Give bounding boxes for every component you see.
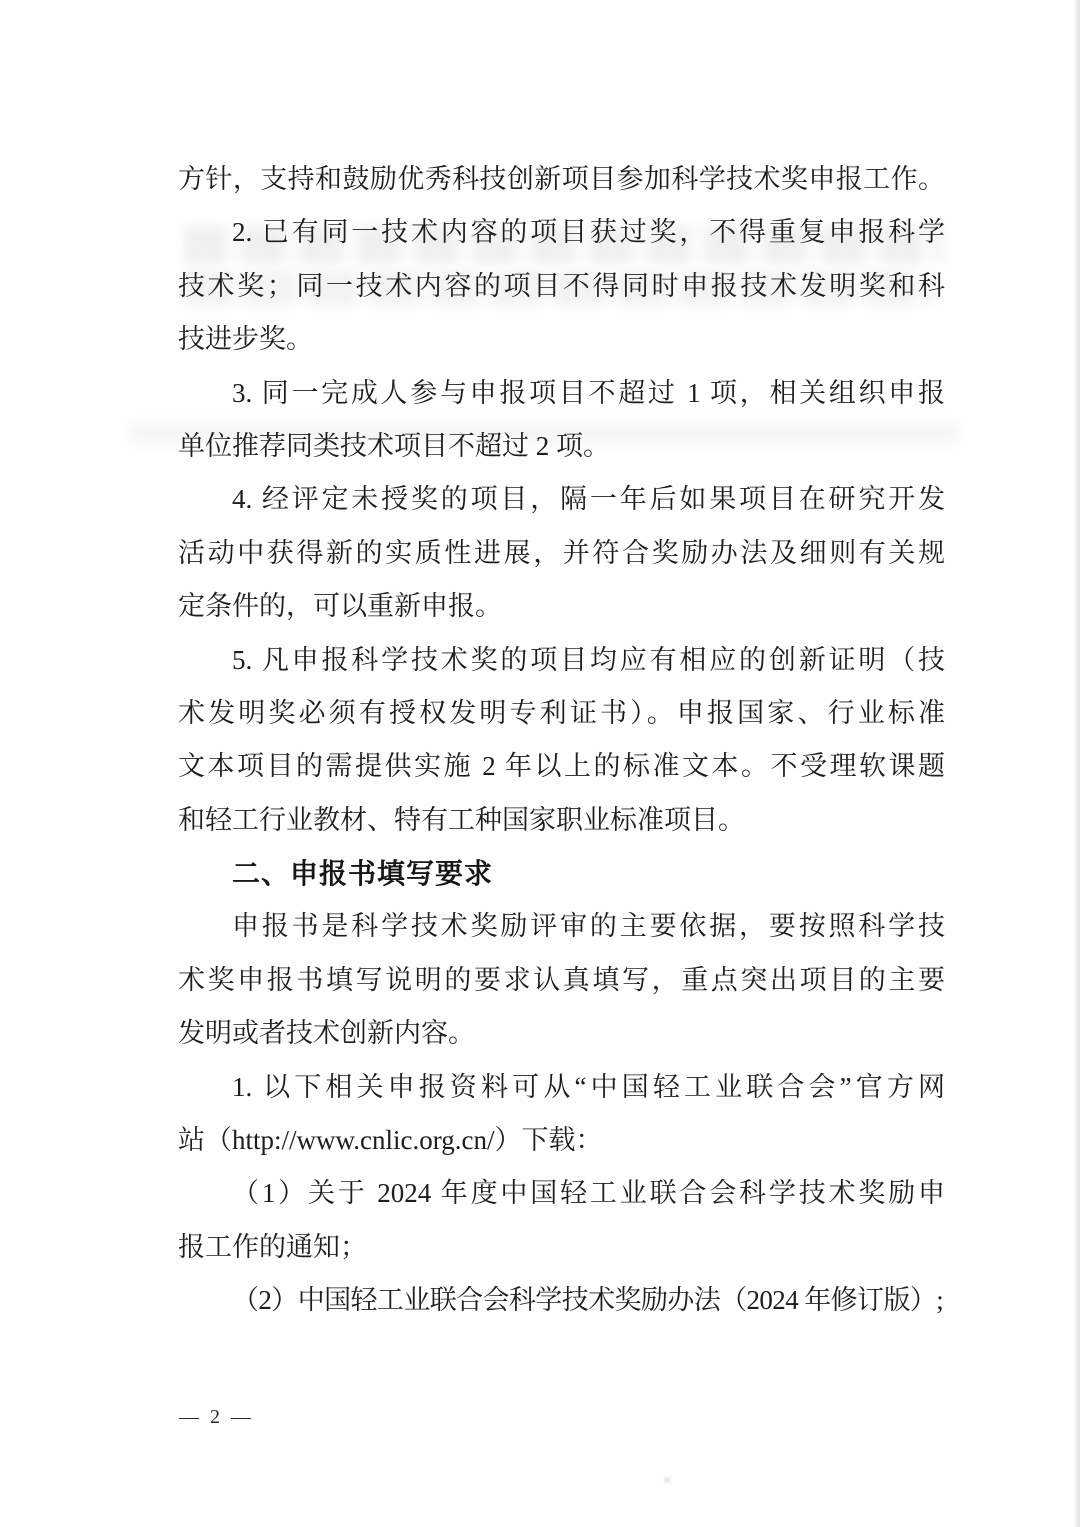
text-line: 3. 同一完成人参与申报项目不超过 1 项，相关组织申报 [178, 367, 945, 420]
text-block: 方针，支持和鼓励优秀科技创新项目参加科学技术奖申报工作。2. 已有同一技术内容的… [178, 153, 945, 1328]
text-line: 发明或者技术创新内容。 [178, 1007, 945, 1060]
scan-speck-artifact [664, 1477, 670, 1483]
text-line: 技进步奖。 [178, 313, 945, 366]
text-line: 报工作的通知； [178, 1221, 945, 1274]
text-line: 活动中获得新的实质性进展，并符合奖励办法及细则有关规 [178, 527, 945, 580]
text-line: 和轻工行业教材、特有工种国家职业标准项目。 [178, 794, 945, 847]
text-line: 5. 凡申报科学技术奖的项目均应有相应的创新证明（技 [178, 634, 945, 687]
text-line: 术奖申报书填写说明的要求认真填写，重点突出项目的主要 [178, 954, 945, 1007]
page-edge-shadow [1073, 0, 1080, 1527]
text-line: 单位推荐同类技术项目不超过 2 项。 [178, 420, 945, 473]
text-line: 站（http://www.cnlic.org.cn/）下载： [178, 1114, 945, 1167]
text-line: （2）中国轻工业联合会科学技术奖励办法（2024 年修订版）; [178, 1274, 945, 1327]
document-page: 方针，支持和鼓励优秀科技创新项目参加科学技术奖申报工作。2. 已有同一技术内容的… [0, 0, 1080, 1527]
section-heading: 二、申报书填写要求 [178, 847, 945, 900]
text-line: 申报书是科学技术奖励评审的主要依据，要按照科学技 [178, 900, 945, 953]
text-line: 定条件的，可以重新申报。 [178, 580, 945, 633]
text-line: 术发明奖必须有授权发明专利证书）。申报国家、行业标准 [178, 687, 945, 740]
text-line: （1）关于 2024 年度中国轻工业联合会科学技术奖励申 [178, 1167, 945, 1220]
text-line: 文本项目的需提供实施 2 年以上的标准文本。不受理软课题 [178, 740, 945, 793]
text-line: 技术奖；同一技术内容的项目不得同时申报技术发明奖和科 [178, 260, 945, 313]
text-line: 1. 以下相关申报资料可从“中国轻工业联合会”官方网 [178, 1061, 945, 1114]
page-number: — 2 — [179, 1406, 254, 1429]
text-line: 2. 已有同一技术内容的项目获过奖，不得重复申报科学 [178, 206, 945, 259]
text-line: 4. 经评定未授奖的项目，隔一年后如果项目在研究开发 [178, 473, 945, 526]
text-line: 方针，支持和鼓励优秀科技创新项目参加科学技术奖申报工作。 [178, 153, 945, 206]
